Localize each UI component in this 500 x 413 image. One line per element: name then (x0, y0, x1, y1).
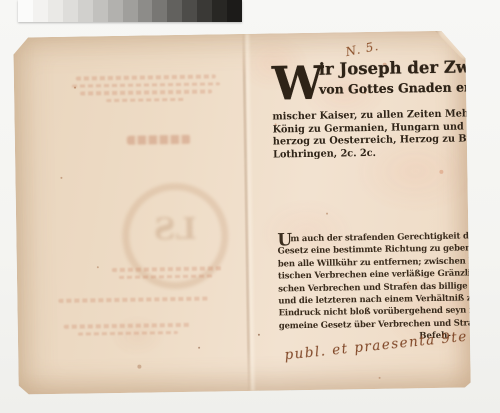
seal-initials: LS (129, 211, 222, 247)
gray-step (197, 0, 212, 22)
gray-step (123, 0, 138, 22)
showthrough-text-block-low1 (55, 292, 211, 306)
showthrough-title (127, 135, 191, 145)
patent-heading: W ir Joseph der Zweyte, von Gottes Gnade… (272, 57, 450, 162)
gray-step (18, 0, 33, 22)
body-line-1: m auch der strafenden Gerechtigkeit durc… (290, 230, 500, 244)
document-paper: LS N. 5. W ir Joseph der Zweyte, von Got… (13, 30, 471, 394)
showthrough-text-block-top (70, 70, 223, 106)
ornate-initial-W: W (272, 61, 324, 106)
grayscale-calibration-bar (18, 0, 242, 22)
patent-body-paragraph: U m auch der strafenden Gerechtigkeit du… (277, 231, 451, 345)
heading-line-2: von Gottes Gnaden erwählter rö- (319, 79, 448, 98)
showthrough-text-block-low2 (60, 319, 196, 340)
gray-step (93, 0, 108, 22)
gray-step (78, 0, 93, 22)
gray-step (167, 0, 182, 22)
gray-step (63, 0, 78, 22)
gray-step (212, 0, 227, 22)
showthrough-text-block-mid (109, 262, 225, 283)
heading-line-6: Lothringen, 2c. 2c. (273, 147, 444, 162)
photo-of-document: LS N. 5. W ir Joseph der Zweyte, von Got… (0, 0, 500, 413)
gray-step (182, 0, 197, 22)
gray-step (227, 0, 242, 22)
gray-step (108, 0, 123, 22)
gray-step (138, 0, 153, 22)
gray-step (48, 0, 63, 22)
heading-line-1: ir Joseph der Zweyte, (319, 57, 448, 81)
gray-step (152, 0, 167, 22)
handwritten-document-number: N. 5. (344, 39, 380, 59)
gray-step (33, 0, 48, 22)
